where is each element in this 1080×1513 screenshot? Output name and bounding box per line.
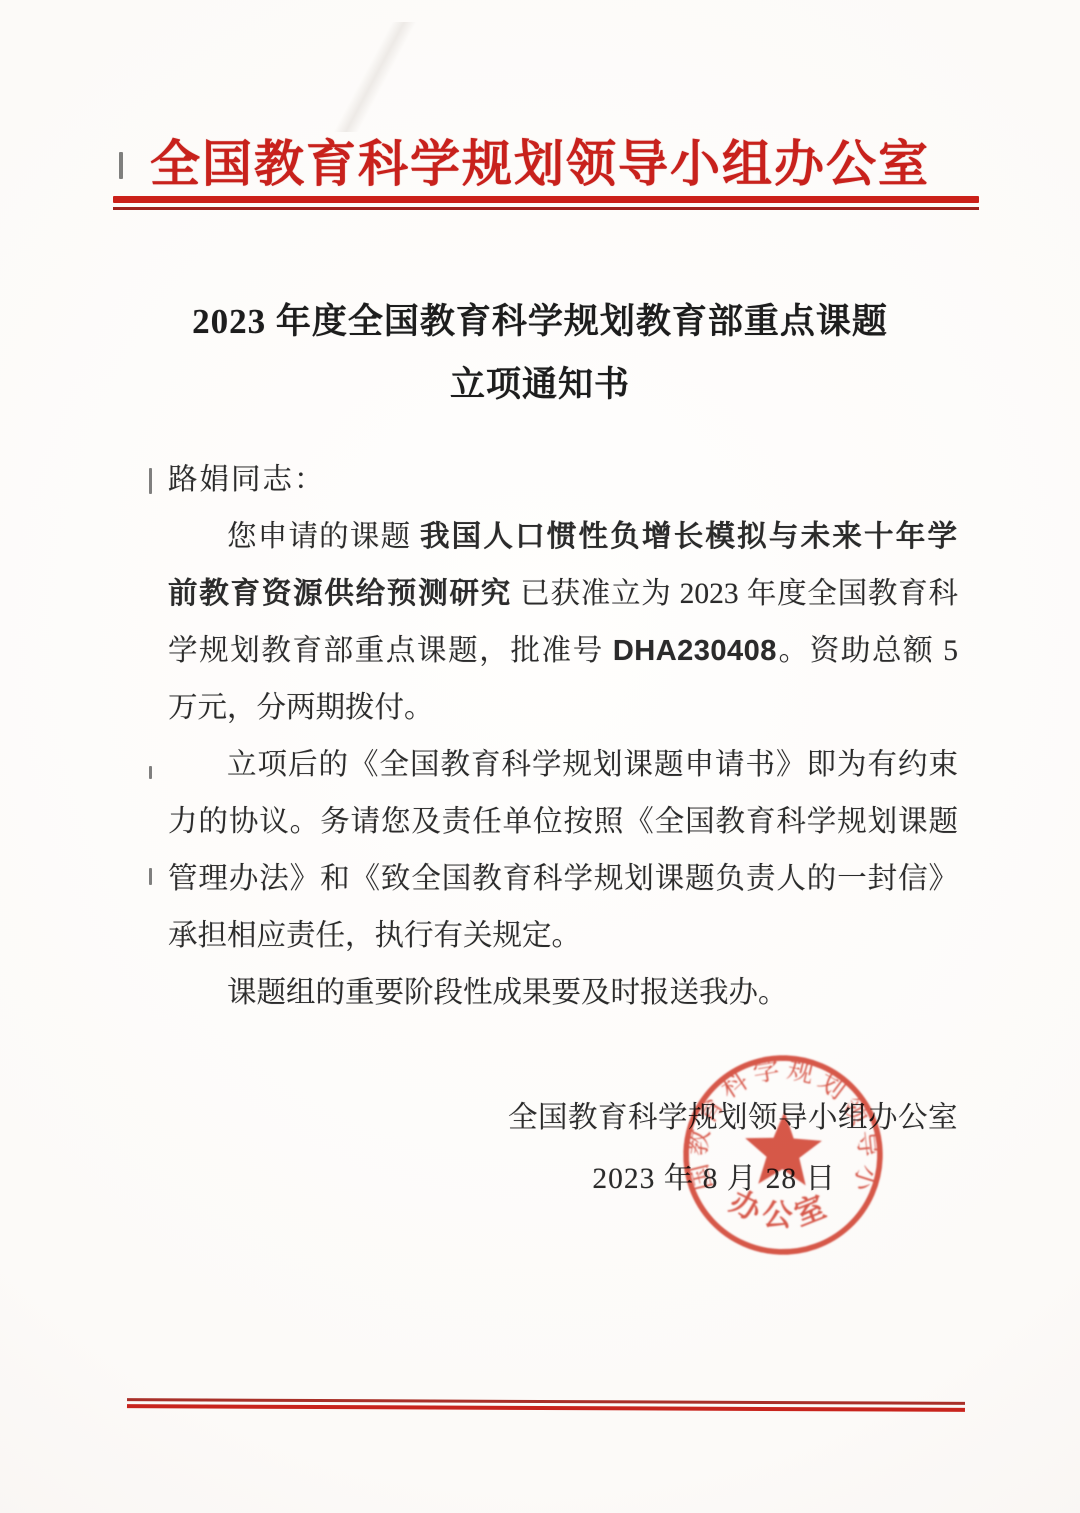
document-title: 2023 年度全国教育科学规划教育部重点课题 立项通知书 bbox=[0, 290, 1080, 416]
seal-bottom-text: 办公室 bbox=[724, 1184, 838, 1235]
paper-crease bbox=[280, 22, 470, 132]
paragraph-obligations: 立项后的《全国教育科学规划课题申请书》即为有约束力的协议。务请您及责任单位按照《… bbox=[168, 737, 958, 965]
scan-artifact bbox=[119, 152, 123, 179]
approval-number: DHA230408 bbox=[613, 635, 777, 667]
salutation: 路娟同志： bbox=[168, 452, 958, 509]
letterhead-org-name: 全国教育科学规划领导小组办公室 bbox=[0, 124, 1080, 196]
document-title-line2: 立项通知书 bbox=[0, 353, 1080, 416]
star-icon bbox=[744, 1110, 823, 1186]
scan-artifact bbox=[149, 766, 152, 779]
letter-body: 路娟同志： 您申请的课题 我国人口惯性负增长模拟与未来十年学前教育资源供给预测研… bbox=[168, 452, 958, 1022]
official-seal-stamp: 全国教育科学规划领导小组 办公室 bbox=[675, 1047, 890, 1262]
footer-divider bbox=[127, 1398, 965, 1412]
footer-divider-thick-line bbox=[127, 1404, 965, 1412]
p1-lead: 您申请的课题 bbox=[227, 521, 420, 553]
paragraph-approval: 您申请的课题 我国人口惯性负增长模拟与未来十年学前教育资源供给预测研究 已获准立… bbox=[168, 509, 958, 737]
scan-artifact bbox=[149, 468, 152, 494]
letterhead-divider bbox=[113, 196, 979, 210]
paragraph-reporting: 课题组的重要阶段性成果要及时报送我办。 bbox=[168, 965, 958, 1022]
divider-thick-line bbox=[113, 196, 979, 203]
document-title-line1: 2023 年度全国教育科学规划教育部重点课题 bbox=[0, 290, 1080, 353]
scan-artifact bbox=[149, 868, 152, 885]
scanned-letter-page: 全国教育科学规划领导小组办公室 2023 年度全国教育科学规划教育部重点课题 立… bbox=[0, 0, 1080, 1513]
divider-thin-line bbox=[113, 207, 979, 210]
